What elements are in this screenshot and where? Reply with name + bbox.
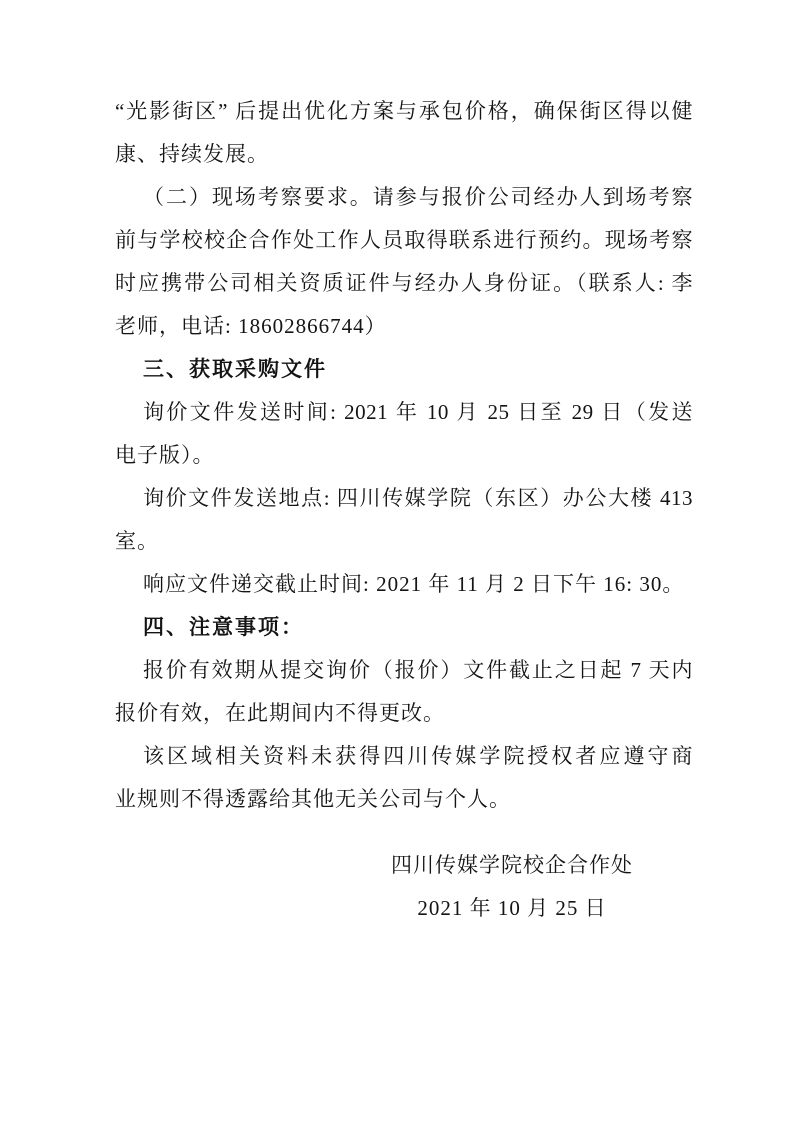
document-line: （二）现场考察要求。请参与报价公司经办人到场考察 — [115, 176, 693, 219]
document-line: 室。 — [115, 520, 693, 563]
document-line: 该区域相关资料未获得四川传媒学院授权者应遵守商 — [115, 735, 693, 778]
document-line: 康、持续发展。 — [115, 133, 693, 176]
document-line: 响应文件递交截止时间: 2021 年 11 月 2 日下午 16: 30。 — [115, 563, 693, 606]
signature-organization: 四川传媒学院校企合作处 — [391, 844, 633, 887]
section-heading: 三、获取采购文件 — [115, 348, 693, 391]
document-line: 时应携带公司相关资质证件与经办人身份证。（联系人: 李 — [115, 262, 693, 305]
document-line: 前与学校校企合作处工作人员取得联系进行预约。现场考察 — [115, 219, 693, 262]
document-line: 老师，电话: 18602866744） — [115, 305, 693, 348]
document-page: “光影街区” 后提出优化方案与承包价格，确保街区得以健康、持续发展。（二）现场考… — [0, 0, 793, 1122]
document-line: 报价有效，在此期间内不得更改。 — [115, 692, 693, 735]
section-heading: 四、注意事项： — [115, 606, 693, 649]
signature-date: 2021 年 10 月 25 日 — [391, 887, 633, 930]
document-line: “光影街区” 后提出优化方案与承包价格，确保街区得以健 — [115, 90, 693, 133]
document-line: 电子版）。 — [115, 434, 693, 477]
signature-block: 四川传媒学院校企合作处 2021 年 10 月 25 日 — [391, 844, 633, 930]
document-line: 询价文件发送时间: 2021 年 10 月 25 日至 29 日（发送 — [115, 391, 693, 434]
document-line: 报价有效期从提交询价（报价）文件截止之日起 7 天内 — [115, 649, 693, 692]
document-line: 询价文件发送地点: 四川传媒学院（东区）办公大楼 413 — [115, 477, 693, 520]
document-body: “光影街区” 后提出优化方案与承包价格，确保街区得以健康、持续发展。（二）现场考… — [115, 90, 693, 930]
document-line: 业规则不得透露给其他无关公司与个人。 — [115, 778, 693, 821]
